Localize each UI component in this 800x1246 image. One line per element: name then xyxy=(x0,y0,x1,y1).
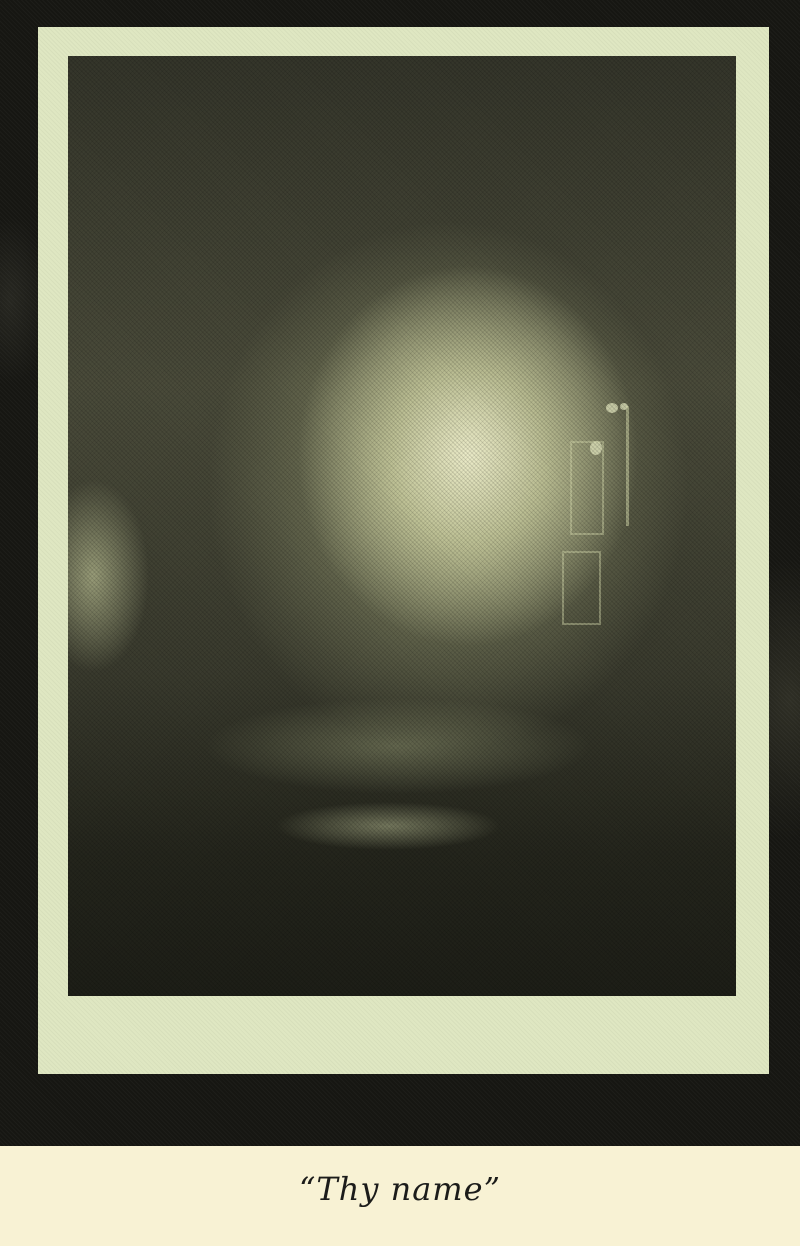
cabinet-panel xyxy=(570,441,604,535)
lamp-globe xyxy=(606,403,618,413)
stand-pole xyxy=(626,406,629,526)
cabinet-base xyxy=(562,551,601,625)
photograph xyxy=(68,56,736,996)
furniture-silhouette xyxy=(558,401,638,631)
caption: “Thy name” xyxy=(0,1170,800,1208)
